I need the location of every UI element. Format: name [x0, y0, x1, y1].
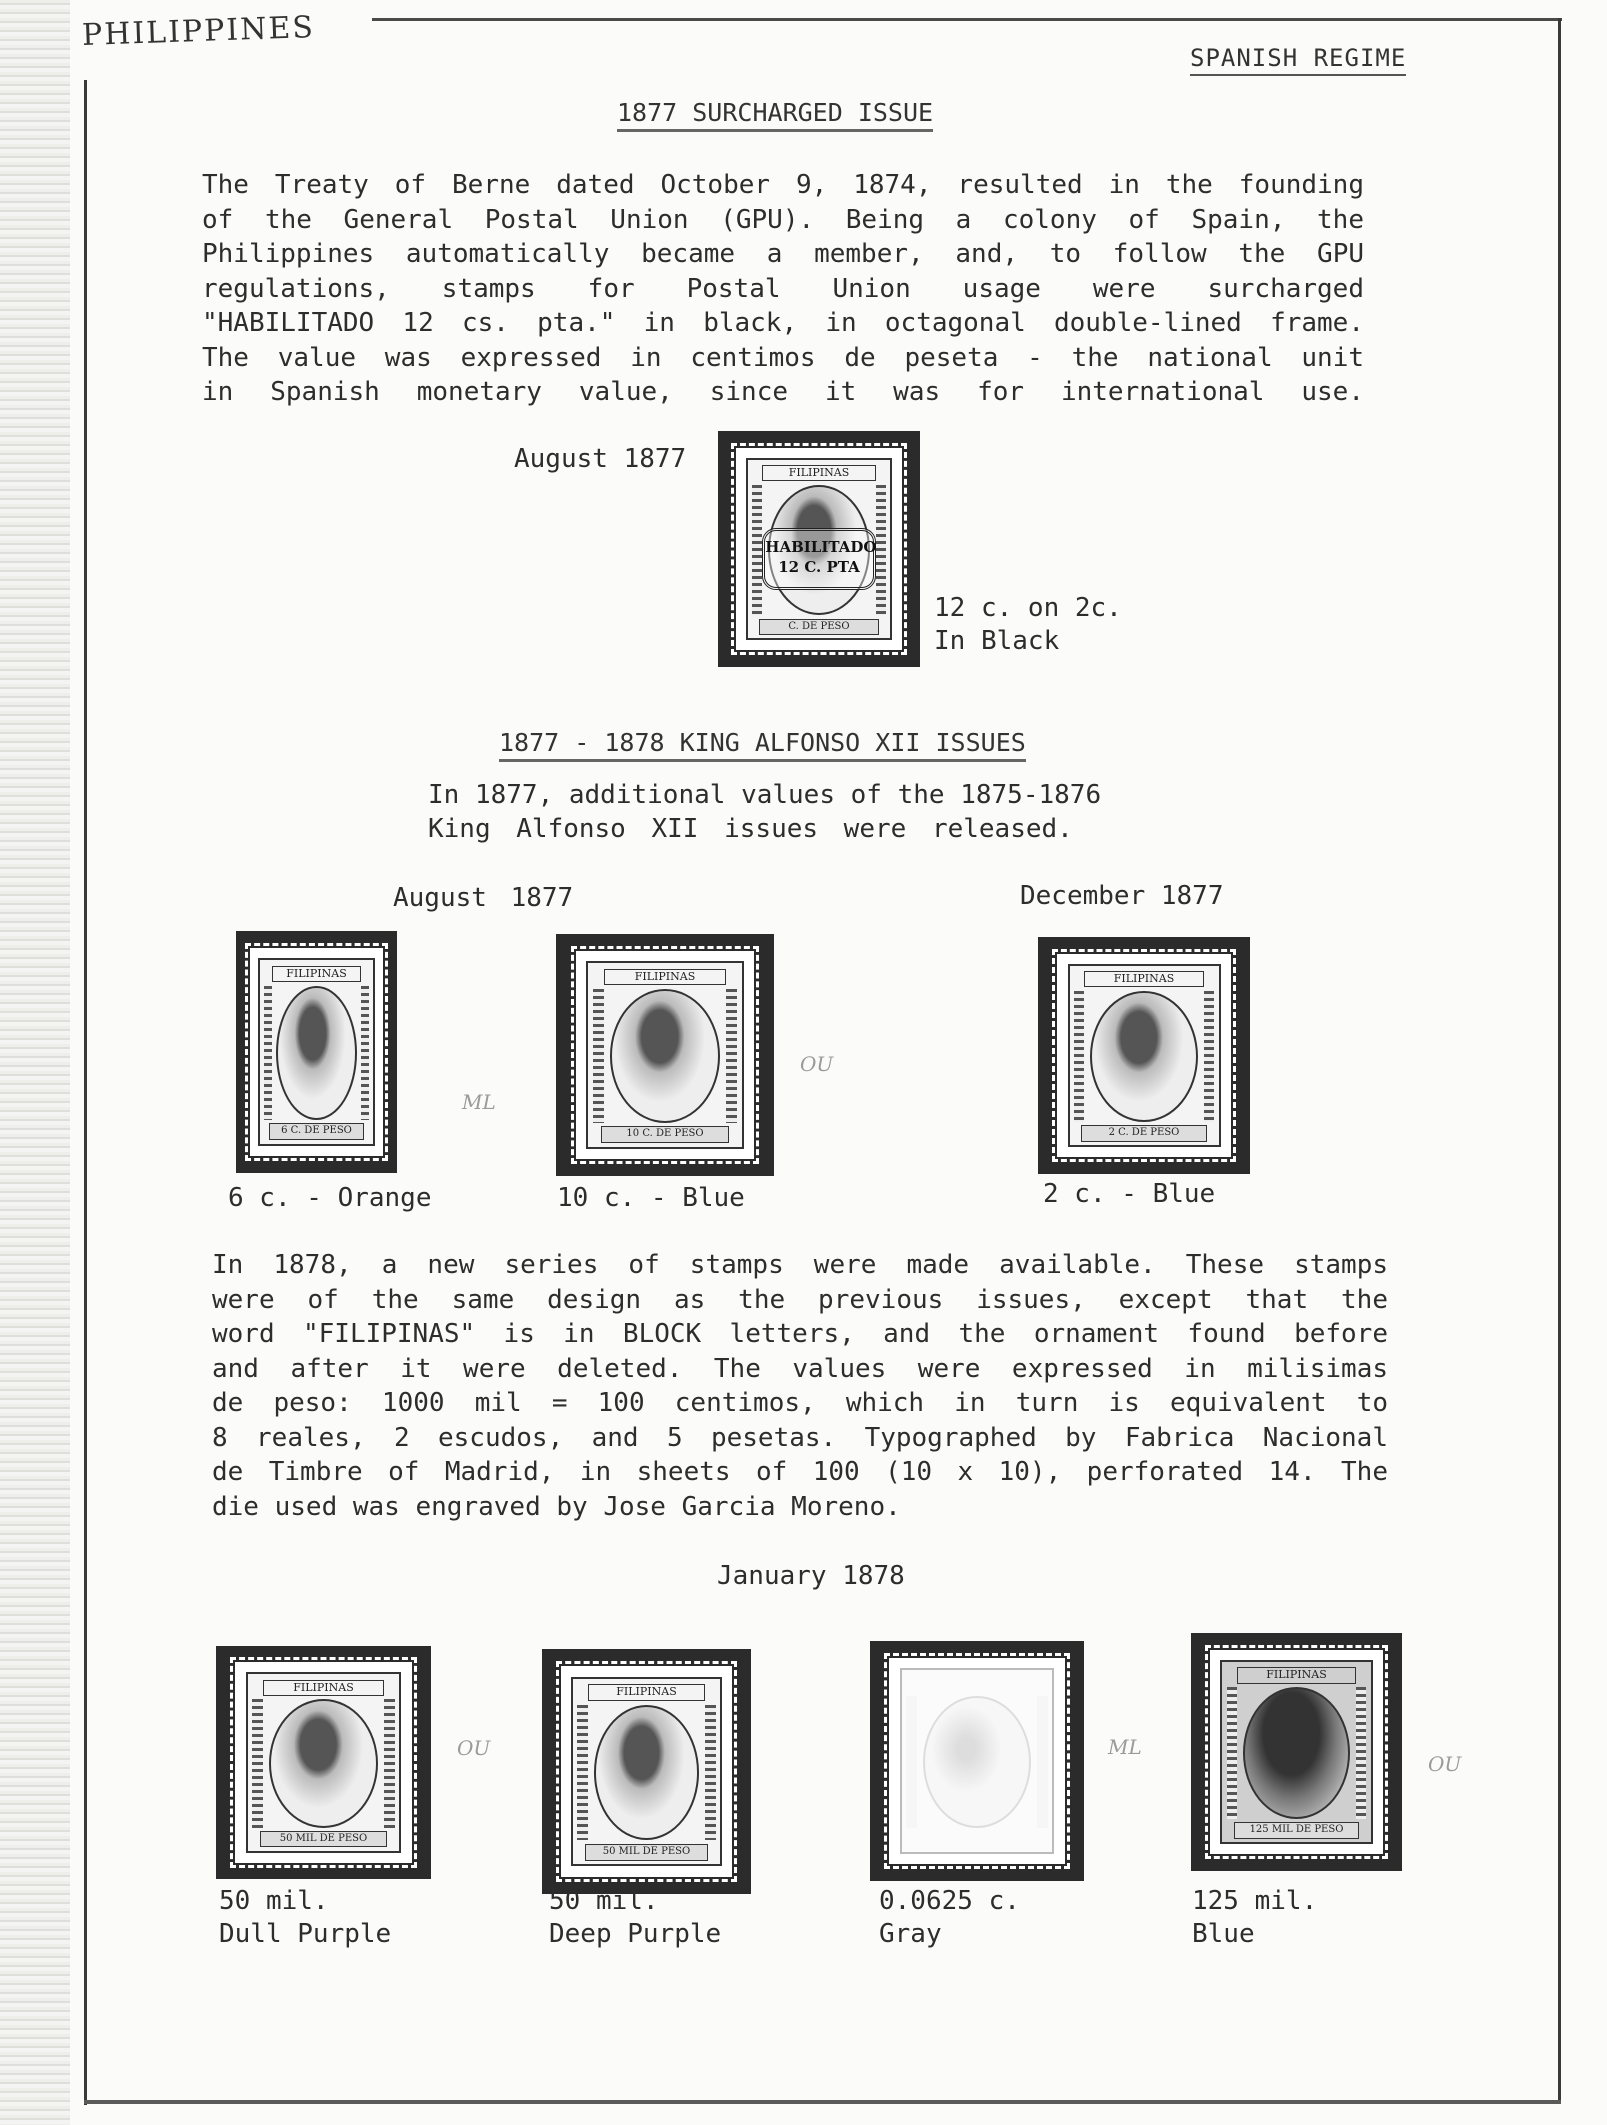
stamp-50mil-deep-purple: FILIPINAS 50 MIL DE PESO: [542, 1649, 751, 1894]
intro-line: King Alfonso XII issues were released.: [428, 812, 1101, 846]
stamp-value-caption: 50 mil.: [219, 1885, 391, 1918]
stamp-top-band: FILIPINAS: [604, 969, 727, 986]
stamp-portrait-oval: [276, 986, 357, 1120]
paragraph-line: in Spanish monetary value, since it was …: [202, 375, 1364, 410]
paragraph-line: In 1878, a new series of stamps were mad…: [212, 1248, 1388, 1283]
frame-top-border: [372, 18, 1562, 21]
paragraph-line: Philippines automatically became a membe…: [202, 237, 1364, 272]
paragraph-line: were of the same design as the previous …: [212, 1283, 1388, 1318]
stamp-color-caption: Deep Purple: [549, 1918, 721, 1951]
series-1878-paragraph: In 1878, a new series of stamps were mad…: [212, 1248, 1388, 1524]
section-title: SPANISH REGIME: [1190, 44, 1406, 76]
stamp-value-caption: 0.0625 c.: [879, 1885, 1020, 1918]
stamp-value-caption: 125 mil.: [1192, 1885, 1317, 1918]
stamp-value-band: 6 C. DE PESO: [269, 1123, 363, 1140]
surcharged-issue-heading: 1877 SURCHARGED ISSUE: [617, 98, 933, 132]
stamp-portrait-oval: [923, 1696, 1031, 1829]
stamp-6c-orange: FILIPINAS 6 C. DE PESO: [236, 931, 397, 1173]
paragraph-line: word "FILIPINAS" is in BLOCK letters, an…: [212, 1317, 1388, 1352]
surcharged-paragraph: The Treaty of Berne dated October 9, 187…: [202, 168, 1364, 410]
stamp-top-band: FILIPINAS: [272, 966, 362, 983]
stamp-value-caption: 12 c. on 2c.: [934, 592, 1122, 625]
stamp-2c-blue: FILIPINAS 2 C. DE PESO: [1038, 937, 1250, 1174]
stamp-50mil-dull-purple: FILIPINAS 50 MIL DE PESO: [216, 1646, 431, 1879]
stamp-surcharge-overprint: HABILITADO 12 C. PTA: [762, 528, 875, 590]
stamp-caption: 10 c. - Blue: [557, 1182, 745, 1215]
stamp-color-caption: In Black: [934, 625, 1122, 658]
stamp-value-band: 125 MIL DE PESO: [1234, 1822, 1359, 1838]
stamp-10c-blue: FILIPINAS 10 C. DE PESO: [556, 934, 774, 1176]
alfonso-issues-heading: 1877 - 1878 KING ALFONSO XII ISSUES: [499, 728, 1026, 762]
paragraph-line: de Timbre of Madrid, in sheets of 100 (1…: [212, 1455, 1388, 1490]
stamp-top-band: FILIPINAS: [762, 465, 875, 481]
stamp-color-caption: Gray: [879, 1918, 1020, 1951]
pencil-note: OU: [800, 1052, 833, 1076]
stamp-caption: 125 mil. Blue: [1192, 1885, 1317, 1951]
pencil-note: OU: [1428, 1752, 1461, 1776]
paragraph-line: regulations, stamps for Postal Union usa…: [202, 272, 1364, 307]
stamp-caption: 50 mil. Dull Purple: [219, 1885, 391, 1951]
paragraph-line: and after it were deleted. The values we…: [212, 1352, 1388, 1387]
stamp-perforation: FILIPINAS HABILITADO 12 C. PTA C. DE PES…: [736, 448, 902, 651]
paragraph-line: de peso: 1000 mil = 100 centimos, which …: [212, 1386, 1388, 1421]
stamp-color-caption: Dull Purple: [219, 1918, 391, 1951]
stamp-portrait-oval: [1243, 1687, 1350, 1819]
paragraph-line: of the General Postal Union (GPU). Being…: [202, 203, 1364, 238]
paragraph-line: The Treaty of Berne dated October 9, 187…: [202, 168, 1364, 203]
stamp-caption: 2 c. - Blue: [1043, 1178, 1215, 1211]
stamp-portrait-oval: [269, 1699, 378, 1828]
stamp-side-ornament: [752, 485, 762, 615]
album-binding-edge: [0, 0, 70, 2125]
frame-left-border: [84, 80, 87, 2105]
issue-date-december-1877: December 1877: [1020, 880, 1224, 913]
paragraph-line: 8 reales, 2 escudos, and 5 pesetas. Typo…: [212, 1421, 1388, 1456]
paragraph-line: The value was expressed in centimos de p…: [202, 341, 1364, 376]
paragraph-line: "HABILITADO 12 cs. pta." in black, in oc…: [202, 306, 1364, 341]
stamp-portrait-oval: [1090, 991, 1197, 1122]
stamp-portrait-oval: [610, 989, 720, 1123]
stamp-top-band: FILIPINAS: [588, 1684, 706, 1701]
stamp-value-caption: 50 mil.: [549, 1885, 721, 1918]
stamp-caption: 50 mil. Deep Purple: [549, 1885, 721, 1951]
intro-line: In 1877, additional values of the 1875-1…: [428, 778, 1101, 812]
stamp-value-band: 50 MIL DE PESO: [585, 1844, 708, 1861]
stamp-top-band: FILIPINAS: [1237, 1667, 1356, 1683]
stamp-top-band: FILIPINAS: [263, 1680, 384, 1696]
stamp-0-0625c-gray: [870, 1641, 1084, 1881]
pencil-note: ML: [462, 1090, 496, 1114]
issue-date-january-1878: January 1878: [717, 1560, 905, 1593]
stamp-top-band: FILIPINAS: [1084, 971, 1203, 987]
stamp-value-band: C. DE PESO: [759, 619, 878, 635]
stamp-value-band: 50 MIL DE PESO: [260, 1831, 387, 1847]
stamp-12c-on-2c-surcharged: FILIPINAS HABILITADO 12 C. PTA C. DE PES…: [718, 431, 920, 667]
issue-date-august-1877: August 1877: [393, 882, 573, 915]
paragraph-line: die used was engraved by Jose Garcia Mor…: [212, 1490, 1388, 1525]
stamp-portrait-oval: [594, 1705, 700, 1841]
issue-date-august-1877: August 1877: [514, 443, 686, 476]
country-title: PHILIPPINES: [81, 10, 315, 53]
stamp-caption: 0.0625 c. Gray: [879, 1885, 1020, 1951]
stamp-125mil-blue: FILIPINAS 125 MIL DE PESO: [1191, 1633, 1402, 1871]
frame-right-border: [1558, 18, 1561, 2104]
stamp-caption: 6 c. - Orange: [228, 1182, 432, 1215]
stamp-side-ornament: [876, 485, 886, 615]
surcharge-value: 12 C. PTA: [765, 557, 872, 577]
pencil-note: ML: [1108, 1735, 1142, 1759]
surcharge-text: HABILITADO: [765, 537, 872, 557]
stamp-value-band: 10 C. DE PESO: [601, 1126, 730, 1143]
frame-bottom-border: [84, 2100, 1561, 2104]
stamp-color-caption: Blue: [1192, 1918, 1317, 1951]
pencil-note: OU: [457, 1736, 490, 1760]
stamp-caption: 12 c. on 2c. In Black: [934, 592, 1122, 658]
alfonso-intro: In 1877, additional values of the 1875-1…: [428, 778, 1101, 846]
stamp-design: FILIPINAS HABILITADO 12 C. PTA C. DE PES…: [746, 458, 892, 641]
stamp-value-band: 2 C. DE PESO: [1081, 1125, 1206, 1141]
